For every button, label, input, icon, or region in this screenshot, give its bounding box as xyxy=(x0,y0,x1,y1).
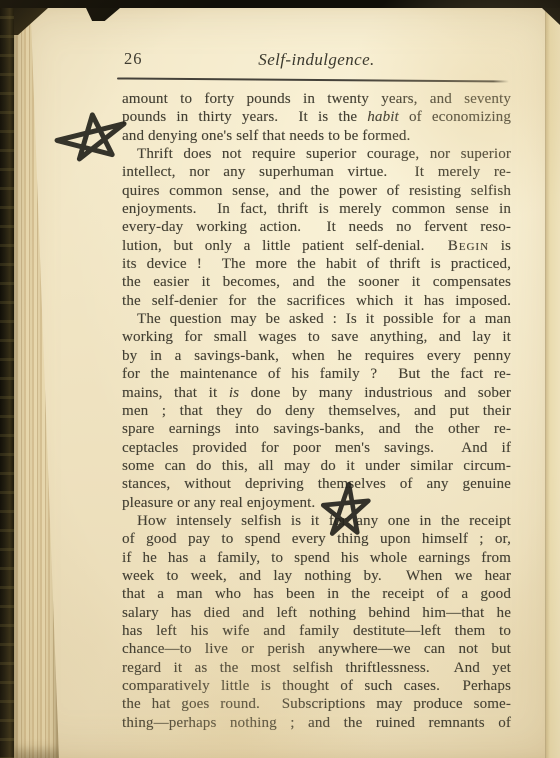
italic-word: habit xyxy=(367,109,399,125)
text-line: working for small wages to save anything… xyxy=(122,328,511,346)
text-line: spare earnings into savings-banks, and t… xyxy=(122,420,511,438)
paragraph-1: amount to forty pounds in twenty years, … xyxy=(122,90,511,145)
text-line: How intensely selfish is it for any one … xyxy=(122,512,511,530)
text-line: pounds in thirty years. It is the habit … xyxy=(122,108,511,126)
text-line: some can do this, all may do it under si… xyxy=(122,457,511,475)
text-segment: lution, but only a little patient self-d… xyxy=(122,238,448,254)
text-line: amount to forty pounds in twenty years, … xyxy=(122,90,511,108)
paragraph-4: How intensely selfish is it for any one … xyxy=(122,512,511,732)
text-line: chance—to live or perish anywhere—we can… xyxy=(122,640,511,658)
text-line: intellect, nor any superhuman virtue. It… xyxy=(122,163,511,181)
book-page-scan: 26 Self-indulgence. amount to forty poun… xyxy=(0,0,560,758)
text-line: ceptacles provided for poor men's saving… xyxy=(122,439,511,457)
text-line: quires common sense, and the power of re… xyxy=(122,182,511,200)
text-line: has left his wife and family destitute—l… xyxy=(122,622,511,640)
text-line: and denying one's self that needs to be … xyxy=(122,127,511,145)
text-line: for the maintenance of his family ? But … xyxy=(122,365,511,383)
text-line: mains, that it is done by many industrio… xyxy=(122,384,511,402)
text-line: thing—perhaps nothing ; and the ruined r… xyxy=(122,714,511,732)
small-caps-word: Begin xyxy=(448,238,489,254)
text-line: pleasure or any real enjoyment. xyxy=(122,494,511,512)
text-line: stances, without depriving themselves of… xyxy=(122,475,511,493)
italic-word: is xyxy=(229,385,239,401)
text-line: men ; that they do deny themselves, and … xyxy=(122,402,511,420)
text-segment: mains, that it xyxy=(122,385,229,401)
text-line: regard it as the most selfish thriftless… xyxy=(122,659,511,677)
text-line: enjoyments. In fact, thrift is merely co… xyxy=(122,200,511,218)
book-spine xyxy=(0,0,14,758)
text-line: salary has died and left nothing behind … xyxy=(122,604,511,622)
text-line: every-day working action. It needs no fe… xyxy=(122,218,511,236)
text-line: the self-denier for the sacrifices which… xyxy=(122,292,511,310)
paragraph-3: The question may be asked : Is it possib… xyxy=(122,310,511,512)
running-header: Self-indulgence. xyxy=(122,50,511,70)
text-line: of good pay to spend every thing upon hi… xyxy=(122,530,511,548)
text-segment: is xyxy=(489,238,511,254)
text-line: by in a savings-bank, when he requires e… xyxy=(122,347,511,365)
text-segment: pounds in thirty years. It is the xyxy=(122,109,367,125)
text-line: that a man who has been in the receipt o… xyxy=(122,585,511,603)
text-segment: of economizing xyxy=(399,109,511,125)
text-line: Thrift does not require superior courage… xyxy=(122,145,511,163)
text-line: comparatively little is thought of such … xyxy=(122,677,511,695)
text-line: week to week, and lay nothing by. When w… xyxy=(122,567,511,585)
text-segment: done by many industrious and sober xyxy=(239,385,511,401)
text-line: if he has a family, to spend his whole e… xyxy=(122,549,511,567)
body-text: amount to forty pounds in twenty years, … xyxy=(122,90,511,732)
binding-top-edge xyxy=(0,0,560,8)
text-line: The question may be asked : Is it possib… xyxy=(122,310,511,328)
paragraph-2: Thrift does not require superior courage… xyxy=(122,145,511,310)
text-line: the hat goes round. Subscriptions may pr… xyxy=(122,695,511,713)
page-right-edge xyxy=(545,0,560,758)
text-line: lution, but only a little patient self-d… xyxy=(122,237,511,255)
text-line: the easier it becomes, and the sooner it… xyxy=(122,273,511,291)
text-line: its device ! The more the habit of thrif… xyxy=(122,255,511,273)
